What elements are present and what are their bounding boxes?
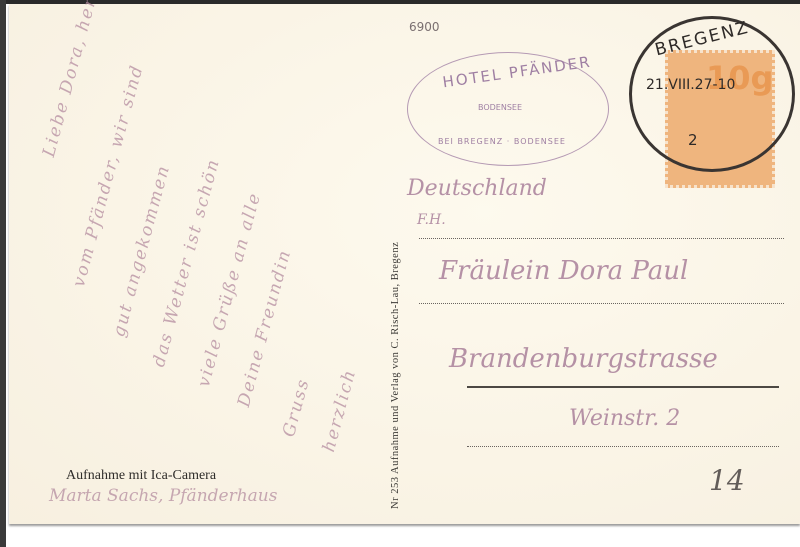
- scan-left-border: [0, 0, 6, 547]
- address-recipient: Fräulein Dora Paul: [439, 256, 688, 286]
- photo-caption: Aufnahme mit Ica-Camera: [66, 468, 216, 484]
- publisher-imprint: Nr 253 Aufnahme und Verlag von C. Risch-…: [390, 242, 401, 509]
- postcard: Liebe Dora, herzliche Grüße vom Pfänder,…: [9, 4, 800, 524]
- postmark-date: 21.VIII.27-10: [646, 77, 735, 93]
- corner-note: 14: [709, 464, 745, 497]
- postmark-number: 2: [688, 131, 698, 149]
- postmark: BREGENZ 21.VIII.27-10 2: [629, 16, 795, 172]
- address-street: Brandenburgstrasse: [449, 344, 718, 374]
- address-line: [419, 238, 784, 239]
- address-note: F.H.: [417, 212, 446, 228]
- hotel-name: HOTEL PFÄNDER: [441, 53, 592, 92]
- hotel-stamp-line: BEI BREGENZ · BODENSEE: [438, 137, 566, 146]
- address-line: [467, 386, 779, 388]
- message-line: Gruss: [279, 376, 314, 439]
- signature: Marta Sachs, Pfänderhaus: [49, 486, 277, 506]
- hotel-stamp: HOTEL PFÄNDER BODENSEE BEI BREGENZ · BOD…: [407, 52, 609, 166]
- message-line: herzlich: [319, 366, 360, 454]
- postmark-city: BREGENZ: [653, 18, 751, 61]
- address-number: Weinstr. 2: [569, 406, 680, 431]
- address-line: [419, 303, 784, 304]
- pencil-note: 6900: [409, 20, 440, 34]
- address-country: Deutschland: [407, 176, 547, 201]
- hotel-stamp-line: BODENSEE: [478, 103, 522, 112]
- address-line: [467, 446, 779, 447]
